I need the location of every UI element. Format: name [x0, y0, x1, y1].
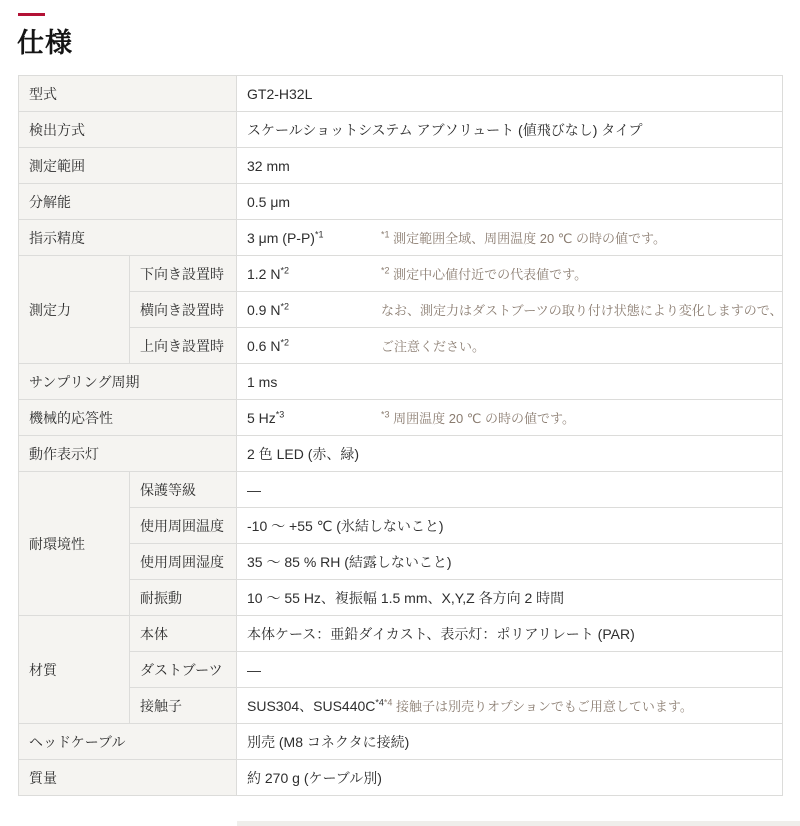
spec-value: 35 ～ 85 % RH (結露しないこと)	[247, 552, 452, 572]
spec-value-line: 3 μm (P-P)*1*1 測定範囲全域、周囲温度 20 ℃ の時の値です。	[247, 228, 772, 247]
table-row: 上向き設置時0.6 N*2ご注意ください。	[19, 328, 783, 364]
spec-label-cell: 検出方式	[19, 112, 237, 148]
spec-value: SUS304、SUS440C*4	[247, 696, 384, 716]
spec-value-cell: スケールショットシステム アブソリュート (値飛びなし) タイプ	[237, 112, 783, 148]
spec-value: —	[247, 662, 261, 678]
spec-group-cell: 測定力	[19, 256, 130, 364]
spec-value: -10 ～ +55 ℃ (氷結しないこと)	[247, 516, 444, 536]
table-row: 機械的応答性5 Hz*3*3 周囲温度 20 ℃ の時の値です。	[19, 400, 783, 436]
table-row: 使用周囲湿度35 ～ 85 % RH (結露しないこと)	[19, 544, 783, 580]
spec-label-cell: 機械的応答性	[19, 400, 237, 436]
spec-value: 約 270 g (ケーブル別)	[247, 768, 382, 788]
spec-value: スケールショットシステム アブソリュート (値飛びなし) タイプ	[247, 120, 643, 140]
table-row: ダストブーツ—	[19, 652, 783, 688]
table-row: 使用周囲温度-10 ～ +55 ℃ (氷結しないこと)	[19, 508, 783, 544]
table-row: 耐振動10 ～ 55 Hz、複振幅 1.5 mm、X,Y,Z 各方向 2 時間	[19, 580, 783, 616]
spec-value-line: -10 ～ +55 ℃ (氷結しないこと)	[247, 516, 772, 536]
spec-sublabel-cell: ダストブーツ	[130, 652, 237, 688]
spec-note-footnote-ref: *3	[381, 410, 390, 420]
accent-line	[18, 13, 45, 16]
spec-value-footnote-ref: *2	[280, 337, 289, 347]
spec-group-cell: 耐環境性	[19, 472, 130, 616]
spec-note: ご注意ください。	[381, 336, 485, 355]
spec-sublabel-cell: 耐振動	[130, 580, 237, 616]
table-row: 動作表示灯2 色 LED (赤、緑)	[19, 436, 783, 472]
spec-value-cell: —	[237, 652, 783, 688]
spec-group-cell: 材質	[19, 616, 130, 724]
spec-value-footnote-ref: *3	[276, 409, 285, 419]
spec-value-cell: 0.9 N*2なお、測定力はダストブーツの取り付け状態により変化しますので、	[237, 292, 783, 328]
spec-sublabel-cell: 保護等級	[130, 472, 237, 508]
spec-value-cell: GT2-H32L	[237, 76, 783, 112]
spec-note-footnote-ref: *1	[381, 230, 390, 240]
table-row: 測定力下向き設置時1.2 N*2*2 測定中心値付近での代表値です。	[19, 256, 783, 292]
spec-sublabel-cell: 上向き設置時	[130, 328, 237, 364]
spec-value: 5 Hz*3	[247, 410, 381, 426]
spec-value-cell: 別売 (M8 コネクタに接続)	[237, 724, 783, 760]
spec-note: *4 接触子は別売りオプションでもご用意しています。	[384, 696, 693, 715]
spec-value: —	[247, 482, 261, 498]
spec-value: 10 ～ 55 Hz、複振幅 1.5 mm、X,Y,Z 各方向 2 時間	[247, 588, 564, 608]
spec-sublabel-cell: 使用周囲湿度	[130, 544, 237, 580]
spec-value-cell: 約 270 g (ケーブル別)	[237, 760, 783, 796]
spec-value-cell: 2 色 LED (赤、緑)	[237, 436, 783, 472]
spec-note-footnote-ref: *4	[384, 697, 393, 707]
spec-value: GT2-H32L	[247, 86, 312, 102]
spec-value-cell: 5 Hz*3*3 周囲温度 20 ℃ の時の値です。	[237, 400, 783, 436]
spec-label-cell: 分解能	[19, 184, 237, 220]
spec-label-cell: サンプリング周期	[19, 364, 237, 400]
spec-table: 型式GT2-H32L検出方式スケールショットシステム アブソリュート (値飛びな…	[18, 75, 783, 796]
spec-note: *1 測定範囲全域、周囲温度 20 ℃ の時の値です。	[381, 228, 666, 247]
spec-value-cell: —	[237, 472, 783, 508]
spec-value-footnote-ref: *2	[280, 301, 289, 311]
spec-value-line: —	[247, 662, 772, 678]
spec-value-line: 2 色 LED (赤、緑)	[247, 444, 772, 464]
spec-label-cell: ヘッドケーブル	[19, 724, 237, 760]
spec-value-cell: 0.5 μm	[237, 184, 783, 220]
spec-value: 3 μm (P-P)*1	[247, 230, 381, 246]
spec-value-line: 0.5 μm	[247, 194, 772, 210]
table-row: 検出方式スケールショットシステム アブソリュート (値飛びなし) タイプ	[19, 112, 783, 148]
table-row: 材質本体本体ケース：亜鉛ダイカスト、表示灯：ポリアリレート (PAR)	[19, 616, 783, 652]
spec-sublabel-cell: 下向き設置時	[130, 256, 237, 292]
spec-label-cell: 測定範囲	[19, 148, 237, 184]
next-section-edge	[237, 821, 800, 826]
table-row: 横向き設置時0.9 N*2なお、測定力はダストブーツの取り付け状態により変化しま…	[19, 292, 783, 328]
spec-note: なお、測定力はダストブーツの取り付け状態により変化しますので、	[381, 300, 782, 319]
spec-note: *2 測定中心値付近での代表値です。	[381, 264, 587, 283]
spec-value-line: 1.2 N*2*2 測定中心値付近での代表値です。	[247, 264, 772, 283]
spec-value: 1.2 N*2	[247, 266, 381, 282]
spec-value-line: SUS304、SUS440C*4*4 接触子は別売りオプションでもご用意していま…	[247, 696, 772, 716]
table-row: 分解能0.5 μm	[19, 184, 783, 220]
spec-value: 別売 (M8 コネクタに接続)	[247, 732, 409, 752]
spec-label-cell: 型式	[19, 76, 237, 112]
spec-value-cell: 32 mm	[237, 148, 783, 184]
spec-value: 0.9 N*2	[247, 302, 381, 318]
table-row: 型式GT2-H32L	[19, 76, 783, 112]
spec-sublabel-cell: 接触子	[130, 688, 237, 724]
spec-note: *3 周囲温度 20 ℃ の時の値です。	[381, 408, 575, 427]
spec-value-cell: SUS304、SUS440C*4*4 接触子は別売りオプションでもご用意していま…	[237, 688, 783, 724]
spec-value-line: 1 ms	[247, 374, 772, 390]
table-row: 指示精度3 μm (P-P)*1*1 測定範囲全域、周囲温度 20 ℃ の時の値…	[19, 220, 783, 256]
spec-value: 本体ケース：亜鉛ダイカスト、表示灯：ポリアリレート (PAR)	[247, 624, 635, 644]
spec-value-cell: 0.6 N*2ご注意ください。	[237, 328, 783, 364]
spec-label-cell: 質量	[19, 760, 237, 796]
spec-value: 2 色 LED (赤、緑)	[247, 444, 359, 464]
table-row: ヘッドケーブル別売 (M8 コネクタに接続)	[19, 724, 783, 760]
spec-value-line: 本体ケース：亜鉛ダイカスト、表示灯：ポリアリレート (PAR)	[247, 624, 772, 644]
spec-label-cell: 動作表示灯	[19, 436, 237, 472]
spec-value-line: 0.9 N*2なお、測定力はダストブーツの取り付け状態により変化しますので、	[247, 300, 772, 319]
spec-value-line: 35 ～ 85 % RH (結露しないこと)	[247, 552, 772, 572]
spec-value-cell: 10 ～ 55 Hz、複振幅 1.5 mm、X,Y,Z 各方向 2 時間	[237, 580, 783, 616]
spec-value-cell: 本体ケース：亜鉛ダイカスト、表示灯：ポリアリレート (PAR)	[237, 616, 783, 652]
spec-sublabel-cell: 横向き設置時	[130, 292, 237, 328]
spec-value: 0.5 μm	[247, 194, 290, 210]
spec-value-line: 約 270 g (ケーブル別)	[247, 768, 772, 788]
spec-value-line: 10 ～ 55 Hz、複振幅 1.5 mm、X,Y,Z 各方向 2 時間	[247, 588, 772, 608]
spec-table-body: 型式GT2-H32L検出方式スケールショットシステム アブソリュート (値飛びな…	[19, 76, 783, 796]
table-row: 耐環境性保護等級—	[19, 472, 783, 508]
table-row: 測定範囲32 mm	[19, 148, 783, 184]
spec-value-footnote-ref: *4	[375, 697, 384, 707]
spec-value-line: 5 Hz*3*3 周囲温度 20 ℃ の時の値です。	[247, 408, 772, 427]
table-row: 質量約 270 g (ケーブル別)	[19, 760, 783, 796]
spec-value-footnote-ref: *2	[280, 265, 289, 275]
spec-value-line: スケールショットシステム アブソリュート (値飛びなし) タイプ	[247, 120, 772, 140]
spec-page: 仕様 型式GT2-H32L検出方式スケールショットシステム アブソリュート (値…	[0, 0, 800, 826]
spec-label-cell: 指示精度	[19, 220, 237, 256]
spec-value: 1 ms	[247, 374, 277, 390]
table-row: 接触子SUS304、SUS440C*4*4 接触子は別売りオプションでもご用意し…	[19, 688, 783, 724]
spec-value-line: —	[247, 482, 772, 498]
spec-sublabel-cell: 使用周囲温度	[130, 508, 237, 544]
spec-value-cell: 1 ms	[237, 364, 783, 400]
spec-sublabel-cell: 本体	[130, 616, 237, 652]
spec-value-cell: 35 ～ 85 % RH (結露しないこと)	[237, 544, 783, 580]
spec-value-cell: 1.2 N*2*2 測定中心値付近での代表値です。	[237, 256, 783, 292]
spec-value-line: 0.6 N*2ご注意ください。	[247, 336, 772, 355]
page-title: 仕様	[17, 27, 73, 59]
table-row: サンプリング周期1 ms	[19, 364, 783, 400]
spec-value-line: 32 mm	[247, 158, 772, 174]
spec-value-line: GT2-H32L	[247, 86, 772, 102]
spec-value-cell: 3 μm (P-P)*1*1 測定範囲全域、周囲温度 20 ℃ の時の値です。	[237, 220, 783, 256]
spec-value: 0.6 N*2	[247, 338, 381, 354]
spec-value-cell: -10 ～ +55 ℃ (氷結しないこと)	[237, 508, 783, 544]
spec-value: 32 mm	[247, 158, 290, 174]
spec-value-footnote-ref: *1	[315, 229, 324, 239]
spec-value-line: 別売 (M8 コネクタに接続)	[247, 732, 772, 752]
spec-note-footnote-ref: *2	[381, 266, 390, 276]
